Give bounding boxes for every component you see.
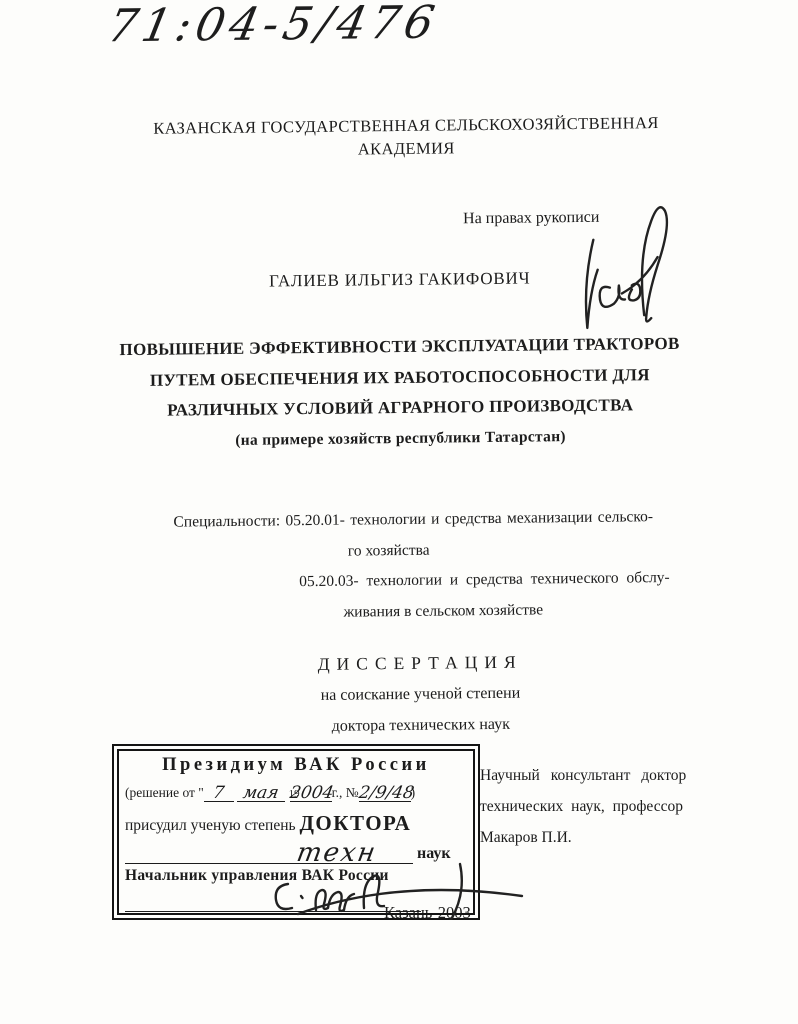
scanned-content: 71:04-5/476 КАЗАНСКАЯ ГОСУДАРСТВЕННАЯ СЕ… <box>0 0 798 765</box>
author-signature-icon <box>555 195 689 336</box>
stamp-decision-prefix: (решение от " <box>125 785 204 800</box>
stamp-year-handwritten: 2004 <box>288 785 334 802</box>
stamp-day-blank: 7 <box>204 784 234 802</box>
stamp-month-handwritten: мая <box>242 785 280 802</box>
dissertation-title-page: 71:04-5/476 КАЗАНСКАЯ ГОСУДАРСТВЕННАЯ СЕ… <box>0 0 798 1024</box>
stamp-month-blank: мая <box>237 784 285 802</box>
stamp-year-blank: 2004 <box>290 784 332 802</box>
stamp-number-blank: 2/9/48 <box>359 784 411 802</box>
stamp-awarded-text: присудил ученую степень <box>125 817 296 834</box>
consultant-block: Научный консультант доктор технических н… <box>480 760 732 853</box>
stamp-decision-line: (решение от "7 мая 192004г., №2/9/48) <box>125 784 467 802</box>
academy-name: КАЗАНСКАЯ ГОСУДАРСТВЕННАЯ СЕЛЬСКОХОЗЯЙСТ… <box>54 110 758 164</box>
official-signature-icon <box>246 856 526 920</box>
stamp-degree: ДОКТОРА <box>299 811 411 835</box>
specialty-line4: живания в сельском хозяйстве <box>343 593 739 628</box>
dissertation-title: ПОВЫШЕНИЕ ЭФФЕКТИВНОСТИ ЭКСПЛУАТАЦИИ ТРА… <box>40 328 759 458</box>
dissertation-block: ДИССЕРТАЦИЯ на соискание ученой степени … <box>60 644 781 745</box>
stamp-after-year: г., № <box>332 785 359 800</box>
shelf-number-handwritten: 71:04-5/476 <box>104 0 444 52</box>
consultant-line1: Научный консультант доктор <box>480 760 732 791</box>
stamp-number-handwritten: 2/9/48 <box>357 785 415 802</box>
consultant-line2: технических наук, профессор <box>480 791 732 822</box>
stamp-title: Президиум ВАК России <box>125 755 467 776</box>
specialty-line2: го хозяйства <box>348 532 739 567</box>
stamp-awarded-line: присудил ученую степень ДОКТОРА <box>125 811 467 836</box>
specialty-line3: 05.20.03- технологии и средства техничес… <box>299 562 739 597</box>
consultant-name: Макаров П.И. <box>480 822 732 853</box>
stamp-day-handwritten: 7 <box>212 785 226 802</box>
specialties-block: Специальности: 05.20.01- технологии и ср… <box>173 501 739 629</box>
